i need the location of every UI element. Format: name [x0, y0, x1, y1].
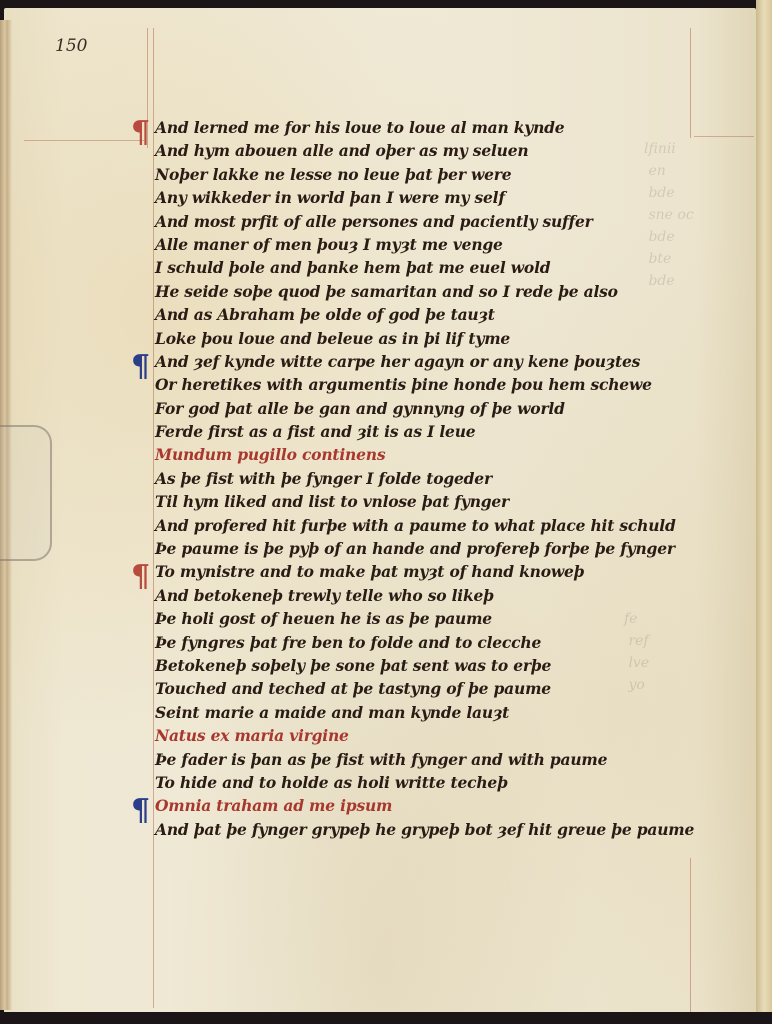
line-text: And hym abouen alle and oþer as my selue… [155, 141, 529, 160]
line-text: For god þat alle be gan and gynnyng of þ… [155, 399, 565, 418]
line-text: To hide and to holde as holi writte tech… [155, 773, 508, 792]
ruling-line-left [153, 28, 154, 1008]
line-text: Mundum pugillo continens [155, 445, 385, 464]
line-text: Þe fader is þan as þe fist with fynger a… [155, 750, 607, 769]
line-text: Þe fyngres þat fre ben to folde and to c… [155, 633, 541, 652]
text-line: Touched and teched at þe tastyng of þe p… [155, 677, 755, 700]
glass-weight-clip [0, 425, 52, 561]
text-line: Alle maner of men þouȝ I myȝt me venge [155, 233, 755, 256]
text-line: I schuld þole and þanke hem þat me euel … [155, 256, 755, 279]
line-text: Touched and teched at þe tastyng of þe p… [155, 679, 551, 698]
line-text: Seint marie a maide and man kynde lauȝt [155, 703, 509, 722]
text-line: And þat þe fynger grypeþ he grypeþ bot ȝ… [155, 818, 755, 841]
text-line: Any wikkeder in world þan I were my self [155, 186, 755, 209]
line-text: And betokeneþ trewly telle who so likeþ [155, 586, 494, 605]
text-line: Þe fyngres þat fre ben to folde and to c… [155, 631, 755, 654]
line-text: And profered hit furþe with a paume to w… [155, 516, 676, 535]
line-text: To mynistre and to make þat myȝt of hand… [155, 562, 584, 581]
line-text: Betokeneþ soþely þe sone þat sent was to… [155, 656, 551, 675]
line-text: And lerned me for his loue to loue al ma… [155, 118, 564, 137]
rubric-line: Natus ex maria virgine [155, 724, 755, 747]
line-text: Loke þou loue and beleue as in þi lif ty… [155, 329, 510, 348]
text-line: And as Abraham þe olde of god þe tauȝt [155, 303, 755, 326]
line-text: And as Abraham þe olde of god þe tauȝt [155, 305, 495, 324]
text-line: Þe holi gost of heuen he is as þe paume [155, 607, 755, 630]
ruling-line-right-bottom [690, 858, 691, 1013]
rubric-line: Mundum pugillo continens [155, 443, 755, 466]
text-line: And betokeneþ trewly telle who so likeþ [155, 584, 755, 607]
folio-number: 150 [55, 36, 87, 56]
line-text: And ȝef kynde witte carpe her agayn or a… [155, 352, 640, 371]
line-text: Natus ex maria virgine [155, 726, 349, 745]
text-line: ¶And lerned me for his loue to loue al m… [155, 116, 755, 139]
line-text: Noþer lakke ne lesse no leue þat þer wer… [155, 165, 511, 184]
line-text: And most prfit of alle persones and paci… [155, 212, 593, 231]
line-text: Þe holi gost of heuen he is as þe paume [155, 609, 492, 628]
text-line: Ferde first as a fist and ȝit is as I le… [155, 420, 755, 443]
text-line: Noþer lakke ne lesse no leue þat þer wer… [155, 163, 755, 186]
text-line: Þe paume is þe pyþ of an hande and profe… [155, 537, 755, 560]
text-line: And hym abouen alle and oþer as my selue… [155, 139, 755, 162]
text-line: ¶To mynistre and to make þat myȝt of han… [155, 560, 755, 583]
text-line: As þe fist with þe fynger I folde togede… [155, 467, 755, 490]
text-line: Til hym liked and list to vnlose þat fyn… [155, 490, 755, 513]
blue-paraph-initial-icon: ¶ [131, 352, 150, 382]
text-line: To hide and to holde as holi writte tech… [155, 771, 755, 794]
line-text: Omnia traham ad me ipsum [155, 796, 392, 815]
text-line: And profered hit furþe with a paume to w… [155, 514, 755, 537]
text-line: And most prfit of alle persones and paci… [155, 210, 755, 233]
red-paraph-initial-icon: ¶ [131, 562, 150, 592]
ruling-line-top [24, 140, 144, 141]
text-line: Loke þou loue and beleue as in þi lif ty… [155, 327, 755, 350]
text-line: For god þat alle be gan and gynnyng of þ… [155, 397, 755, 420]
line-text: Or heretikes with argumentis þine honde … [155, 375, 652, 394]
text-line: He seide soþe quod þe samaritan and so I… [155, 280, 755, 303]
line-text: And þat þe fynger grypeþ he grypeþ bot ȝ… [155, 820, 694, 839]
manuscript-text-block: ¶And lerned me for his loue to loue al m… [155, 116, 755, 841]
blue-paraph-initial-icon: ¶ [131, 796, 150, 826]
text-line: Þe fader is þan as þe fist with fynger a… [155, 748, 755, 771]
text-line: ¶And ȝef kynde witte carpe her agayn or … [155, 350, 755, 373]
line-text: As þe fist with þe fynger I folde togede… [155, 469, 492, 488]
line-text: Til hym liked and list to vnlose þat fyn… [155, 492, 509, 511]
line-text: Any wikkeder in world þan I were my self [155, 188, 505, 207]
right-page-edge [756, 0, 772, 1024]
line-text: Alle maner of men þouȝ I myȝt me venge [155, 235, 503, 254]
scan-bottom-edge [0, 1012, 772, 1024]
line-text: Ferde first as a fist and ȝit is as I le… [155, 422, 475, 441]
line-text: He seide soþe quod þe samaritan and so I… [155, 282, 618, 301]
line-text: I schuld þole and þanke hem þat me euel … [155, 258, 550, 277]
text-line: Or heretikes with argumentis þine honde … [155, 373, 755, 396]
red-paraph-initial-icon: ¶ [131, 118, 150, 148]
rubric-line: ¶Omnia traham ad me ipsum [155, 794, 755, 817]
text-line: Seint marie a maide and man kynde lauȝt [155, 701, 755, 724]
text-line: Betokeneþ soþely þe sone þat sent was to… [155, 654, 755, 677]
line-text: Þe paume is þe pyþ of an hande and profe… [155, 539, 675, 558]
